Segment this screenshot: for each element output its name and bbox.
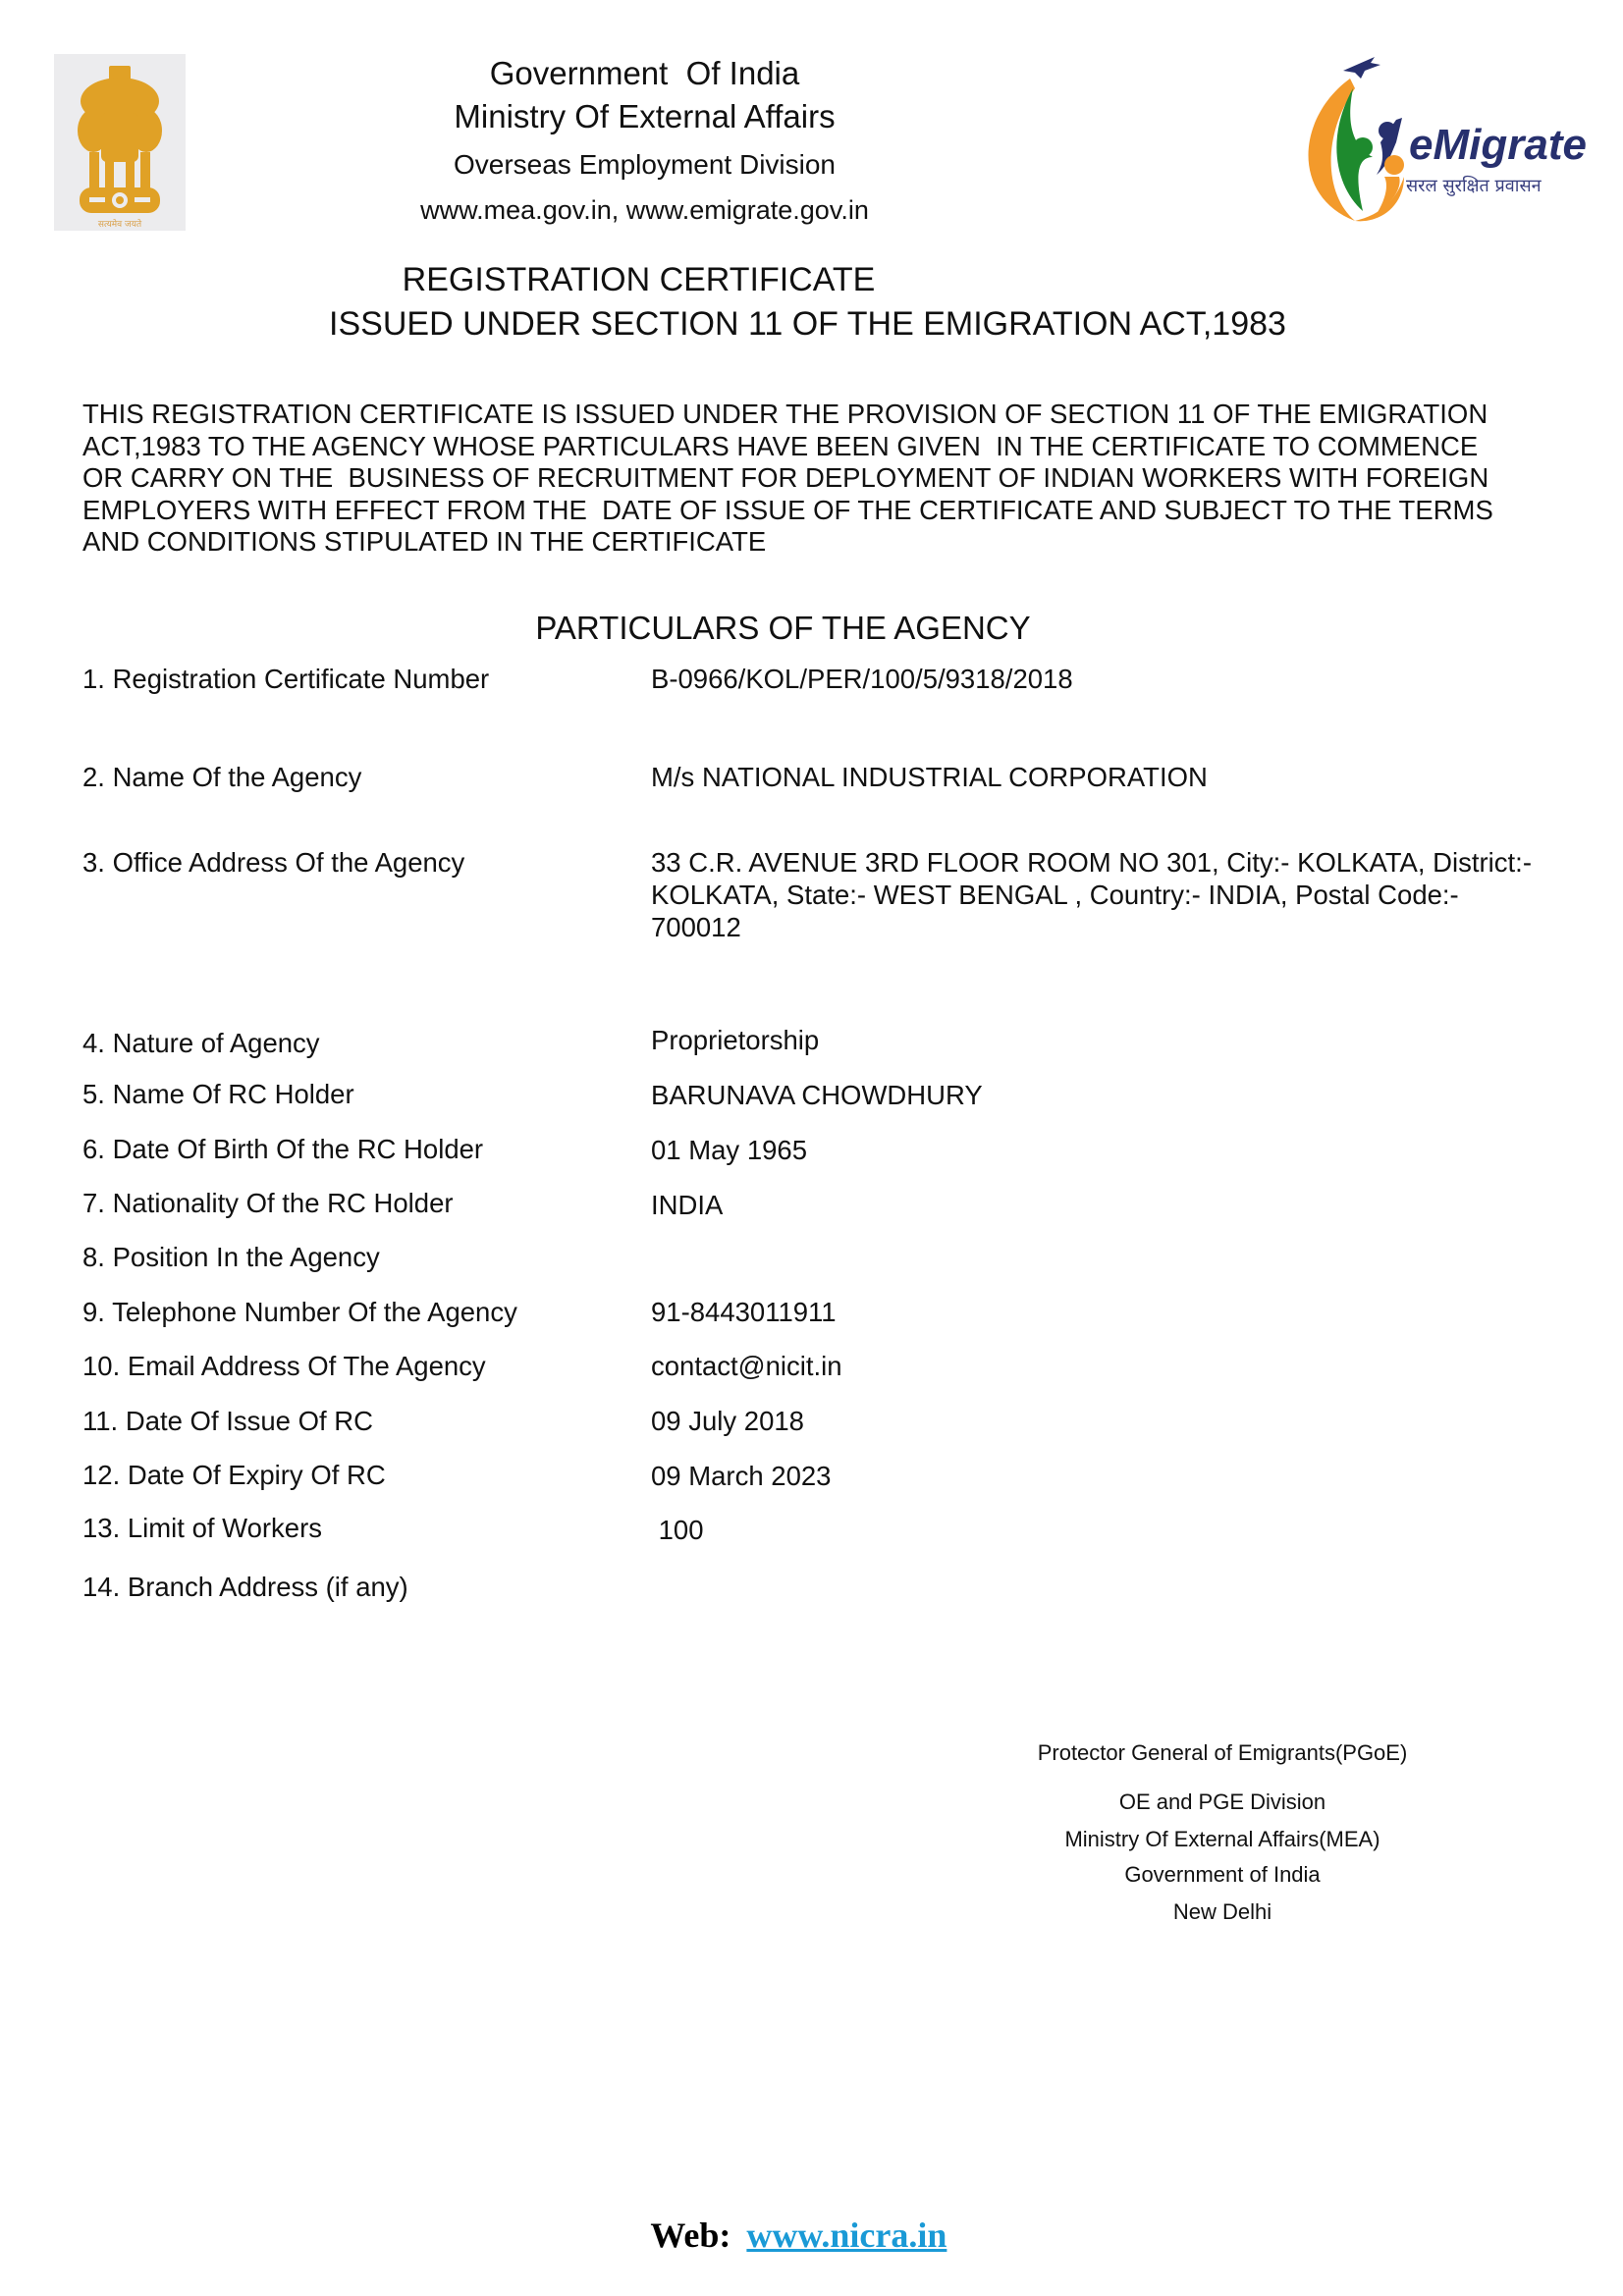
row-value: KOLKATA, State:- WEST BENGAL , Country:-…: [651, 880, 1459, 912]
signatory-government: Government of India: [982, 1862, 1463, 1888]
row-label: 10. Email Address Of The Agency: [82, 1351, 486, 1382]
svg-text:सरल सुरक्षित प्रवासन: सरल सुरक्षित प्रवासन: [1406, 175, 1542, 196]
intro-paragraph: THIS REGISTRATION CERTIFICATE IS ISSUED …: [82, 399, 1555, 559]
row-label: 12. Date Of Expiry Of RC: [82, 1460, 386, 1491]
row-label: 3. Office Address Of the Agency: [82, 847, 464, 879]
row-value: 09 March 2023: [651, 1461, 831, 1493]
footer-web: Web:www.nicra.in: [633, 2173, 947, 2256]
header-websites: www.mea.gov.in, www.emigrate.gov.in: [0, 195, 1456, 226]
header-ministry: Ministry Of External Affairs: [0, 98, 1456, 135]
row-label: 13. Limit of Workers: [82, 1513, 322, 1544]
row-value: 100: [651, 1515, 704, 1547]
row-label: 5. Name Of RC Holder: [82, 1079, 354, 1110]
row-label: 4. Nature of Agency: [82, 1028, 320, 1059]
intro-line: AND CONDITIONS STIPULATED IN THE CERTIFI…: [82, 526, 1555, 559]
certificate-title: REGISTRATION CERTIFICATE: [0, 261, 1450, 299]
intro-line: ACT,1983 TO THE AGENCY WHOSE PARTICULARS…: [82, 431, 1555, 463]
signatory-title: Protector General of Emigrants(PGoE): [982, 1740, 1463, 1766]
row-value: 01 May 1965: [651, 1135, 807, 1167]
plane-icon: [1343, 57, 1380, 79]
header-division: Overseas Employment Division: [0, 149, 1456, 181]
row-value: B-0966/KOL/PER/100/5/9318/2018: [651, 664, 1073, 696]
row-label: 6. Date Of Birth Of the RC Holder: [82, 1134, 483, 1165]
signatory-division: OE and PGE Division: [982, 1789, 1463, 1815]
row-value: 33 C.R. AVENUE 3RD FLOOR ROOM NO 301, Ci…: [651, 847, 1532, 880]
particulars-heading: PARTICULARS OF THE AGENCY: [0, 610, 1595, 647]
footer-link[interactable]: www.nicra.in: [746, 2216, 947, 2255]
signatory-ministry: Ministry Of External Affairs(MEA): [982, 1827, 1463, 1852]
row-value: 09 July 2018: [651, 1406, 804, 1438]
row-label: 1. Registration Certificate Number: [82, 664, 489, 695]
row-value: 700012: [651, 912, 741, 944]
row-label: 2. Name Of the Agency: [82, 762, 361, 793]
signatory-location: New Delhi: [982, 1899, 1463, 1925]
certificate-subtitle: ISSUED UNDER SECTION 11 OF THE EMIGRATIO…: [0, 305, 1619, 344]
row-value: M/s NATIONAL INDUSTRIAL CORPORATION: [651, 762, 1208, 794]
intro-line: OR CARRY ON THE BUSINESS OF RECRUITMENT …: [82, 462, 1555, 495]
row-label: 9. Telephone Number Of the Agency: [82, 1297, 517, 1328]
row-value: Proprietorship: [651, 1025, 819, 1057]
emigrate-logo-graphic: eMigrate सरल सुरक्षित प्रवासन: [1286, 49, 1600, 231]
intro-line: THIS REGISTRATION CERTIFICATE IS ISSUED …: [82, 399, 1555, 431]
intro-line: EMPLOYERS WITH EFFECT FROM THE DATE OF I…: [82, 495, 1555, 527]
row-label: 14. Branch Address (if any): [82, 1572, 408, 1603]
row-label: 7. Nationality Of the RC Holder: [82, 1188, 454, 1219]
emigrate-logo: eMigrate सरल सुरक्षित प्रवासन: [1286, 49, 1600, 231]
header-government: Government Of India: [0, 55, 1456, 92]
row-value: INDIA: [651, 1190, 723, 1222]
svg-text:eMigrate: eMigrate: [1409, 121, 1587, 169]
row-label: 8. Position In the Agency: [82, 1242, 380, 1273]
row-value: 91-8443011911: [651, 1297, 837, 1329]
row-label: 11. Date Of Issue Of RC: [82, 1406, 373, 1437]
row-value: BARUNAVA CHOWDHURY: [651, 1080, 983, 1112]
row-value: contact@nicit.in: [651, 1351, 842, 1383]
footer-label: Web:: [650, 2216, 730, 2255]
